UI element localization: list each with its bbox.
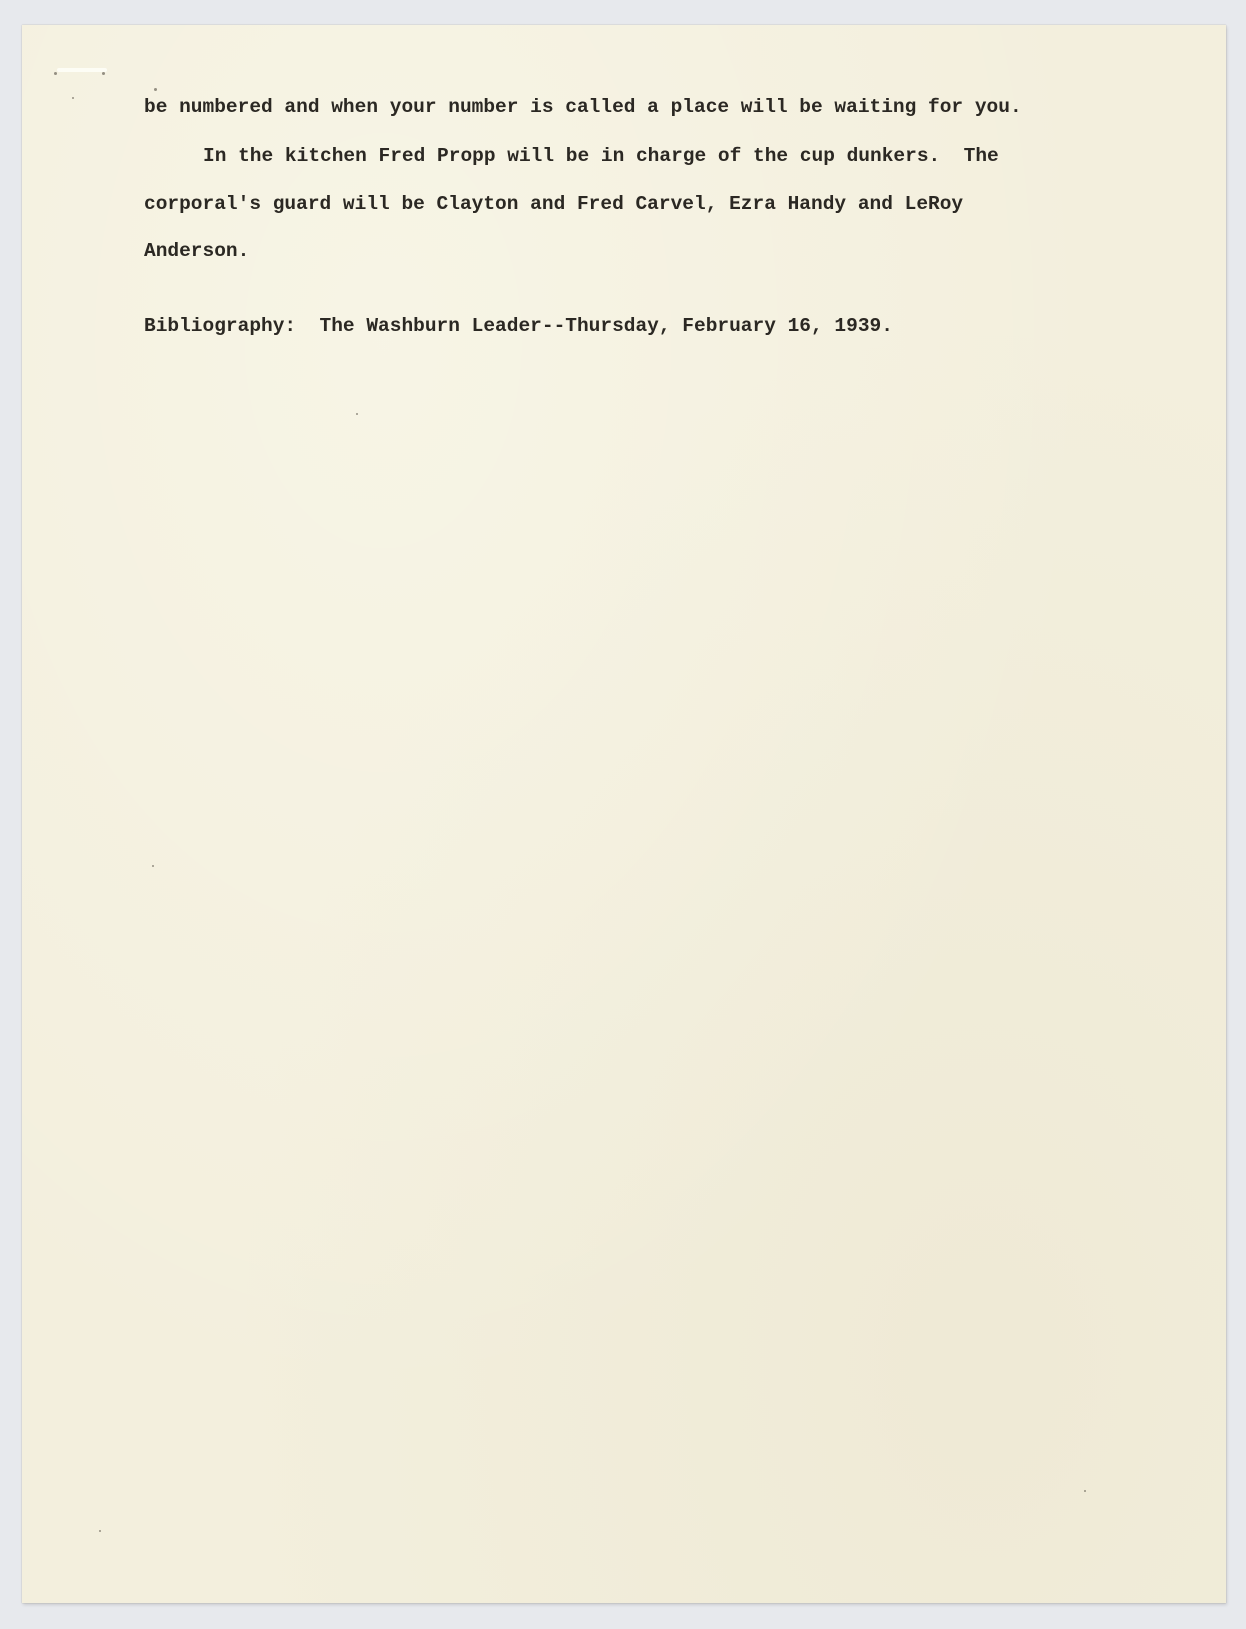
paper-speck [152, 865, 154, 867]
paper-page: be numbered and when your number is call… [22, 25, 1226, 1603]
paper-speck [99, 1530, 101, 1532]
body-text-line-2: In the kitchen Fred Propp will be in cha… [203, 147, 999, 167]
body-text-line-3: corporal's guard will be Clayton and Fre… [144, 195, 963, 215]
paper-speck [356, 413, 358, 415]
staple-mark [57, 68, 107, 72]
ink-speck [72, 97, 74, 99]
ink-speck [102, 72, 105, 75]
ink-speck [154, 88, 157, 91]
body-text-line-4: Anderson. [144, 242, 249, 262]
body-text-line-1: be numbered and when your number is call… [144, 98, 1022, 118]
paper-speck [1084, 1490, 1086, 1492]
ink-speck [54, 72, 57, 75]
bibliography-line: Bibliography: The Washburn Leader--Thurs… [144, 317, 893, 337]
